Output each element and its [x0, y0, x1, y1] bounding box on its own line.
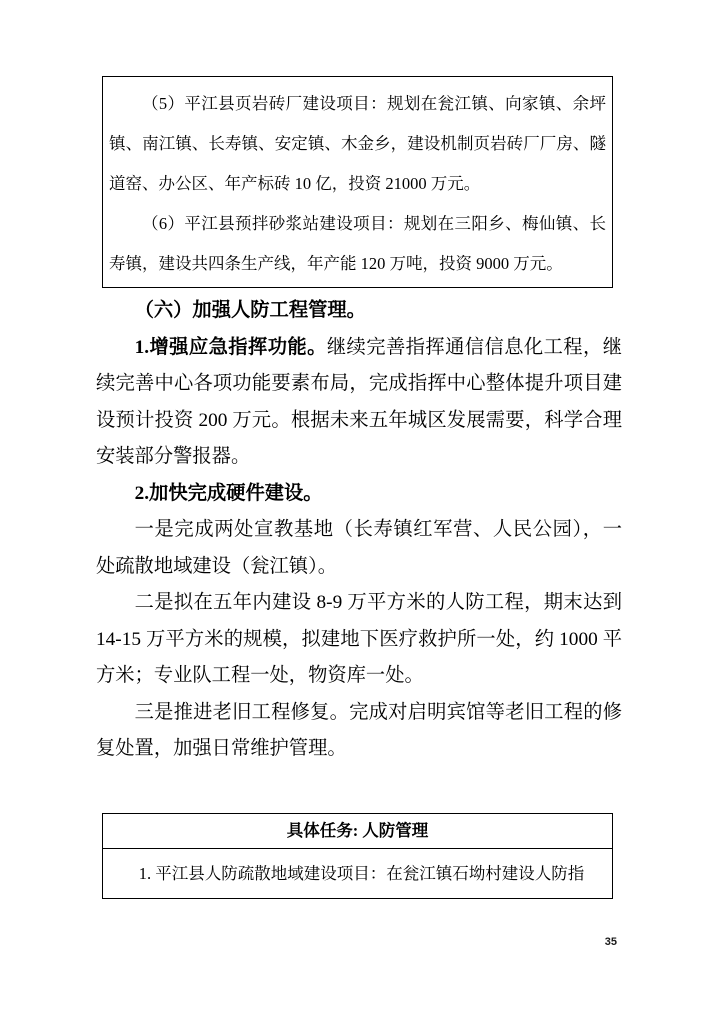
task-box: 具体任务: 人防管理 1. 平江县人防疏散地域建设项目：在瓮江镇石坳村建设人防指 [102, 813, 613, 899]
body-paragraph-1: 1.增强应急指挥功能。继续完善指挥通信信息化工程，继续完善中心各项功能要素布局，… [96, 330, 622, 476]
paragraph-1-lead: 1.增强应急指挥功能。 [135, 337, 327, 358]
body-paragraph-3: 一是完成两处宣教基地（长寿镇红军营、人民公园），一处疏散地域建设（瓮江镇）。 [96, 512, 622, 585]
task-box-header: 具体任务: 人防管理 [103, 814, 612, 849]
body-paragraph-4: 二是拟在五年内建设 8-9 万平方米的人防工程，期末达到 14-15 万平方米的… [96, 585, 622, 695]
body-paragraph-2: 2.加快完成硬件建设。 [96, 476, 622, 513]
section-body: （六）加强人防工程管理。 1.增强应急指挥功能。继续完善指挥通信信息化工程，继续… [96, 293, 622, 768]
task-box-item: 1. 平江县人防疏散地域建设项目：在瓮江镇石坳村建设人防指 [103, 849, 612, 898]
project-item-6: （6）平江县预拌砂浆站建设项目：规划在三阳乡、梅仙镇、长寿镇，建设共四条生产线，… [109, 204, 606, 284]
body-paragraph-5: 三是推进老旧工程修复。完成对启明宾馆等老旧工程的修复处置，加强日常维护管理。 [96, 695, 622, 768]
page-content: （5）平江县页岩砖厂建设项目：规划在瓮江镇、向家镇、余坪镇、南江镇、长寿镇、安定… [96, 76, 622, 899]
project-info-box: （5）平江县页岩砖厂建设项目：规划在瓮江镇、向家镇、余坪镇、南江镇、长寿镇、安定… [102, 76, 613, 288]
document-page: （5）平江县页岩砖厂建设项目：规划在瓮江镇、向家镇、余坪镇、南江镇、长寿镇、安定… [0, 0, 714, 1010]
page-number: 35 [605, 936, 617, 948]
project-item-5: （5）平江县页岩砖厂建设项目：规划在瓮江镇、向家镇、余坪镇、南江镇、长寿镇、安定… [109, 84, 606, 204]
section-heading: （六）加强人防工程管理。 [96, 293, 622, 330]
